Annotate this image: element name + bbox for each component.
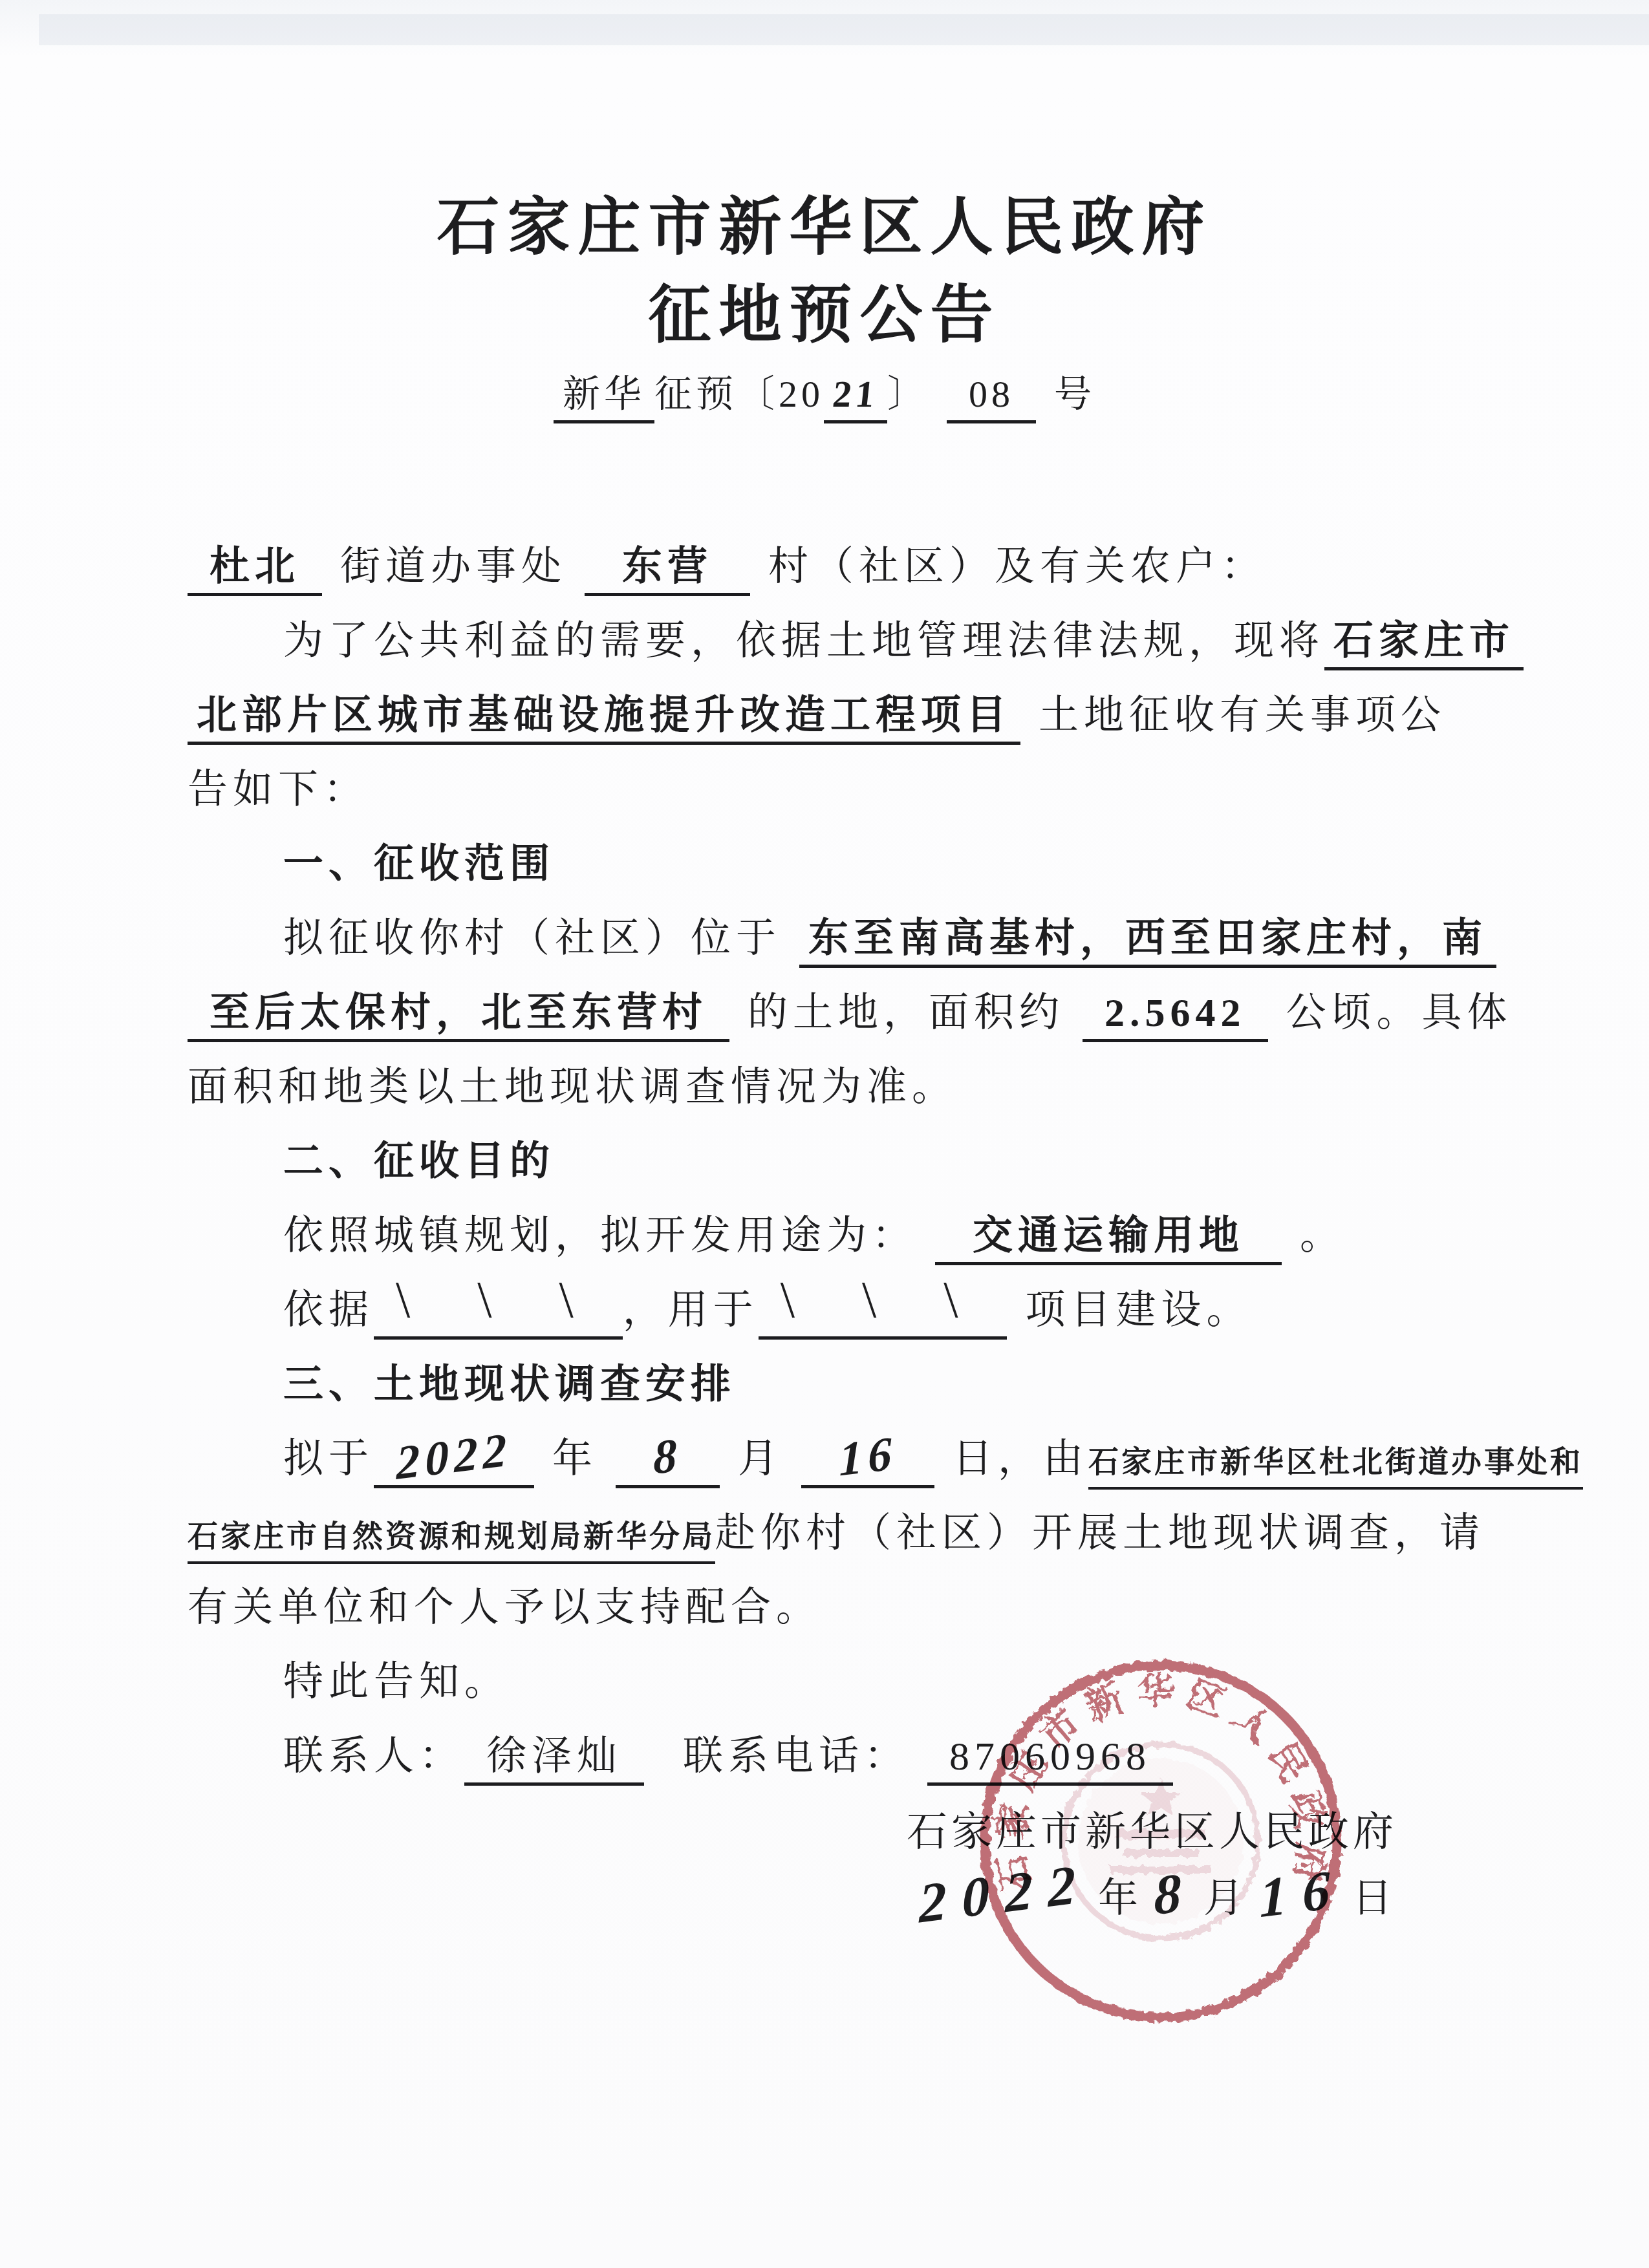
scanned-document-page: 石家庄市新华区人民政府 征地预公告 新华征预〔2021〕08号 杜北街道办事处东… [0,0,1649,2268]
survey-text-5: 赴你村（社区）开展土地现状调查，请 [715,1512,1485,1556]
land-use-blank: 交通运输用地 [935,1212,1282,1265]
document-number-line: 新华征预〔2021〕08号 [0,363,1649,423]
handwritten-month: 8 [653,1430,683,1483]
paragraph-purpose-line3: 告如下： [188,753,1533,828]
contact-phone-number-blank: 87060968 [927,1732,1173,1786]
doc-number-year-value: 21 [830,370,881,419]
land-use-line: 依照城镇规划，拟开发用途为：交通运输用地。 [188,1199,1533,1274]
scope-line3: 面积和地类以土地现状调查情况为准。 [188,1051,1533,1125]
document-body: 杜北街道办事处东营村（社区）及有关农户： 为了公共利益的需要，依据土地管理法律法… [188,530,1533,1794]
document-title-line2: 征地预公告 [0,264,1649,354]
basis-text-2: ，用于 [623,1289,759,1332]
scope-text-3: 公顷。具体 [1286,991,1513,1035]
heading-2-text: 二、征收目的 [283,1140,555,1184]
contact-person-name-blank: 徐泽灿 [464,1732,644,1786]
survey-day-blank: 16 [801,1432,934,1488]
doc-number-serial-value: 08 [947,370,1036,423]
purpose-text-3: 告如下： [188,768,369,812]
survey-text-2: 年 [552,1437,598,1481]
handwritten-issue-year: 2022 [918,1850,1092,1936]
salutation-text-1: 街道办事处 [340,545,566,589]
survey-text-4: 日，由 [953,1437,1088,1481]
issue-date-year-label: 年 [1098,1877,1154,1921]
survey-agency-line: 石家庄市自然资源和规划局新华分局赴你村（社区）开展土地现状调查，请 [188,1497,1533,1571]
agency-name-blank-part2: 石家庄市自然资源和规划局新华分局 [188,1512,715,1564]
doc-number-year-blank: 21 [824,370,887,423]
scope-line2: 至后太保村，北至东营村的土地，面积约2.5642公顷。具体 [188,976,1533,1051]
issue-date-day-label: 日 [1352,1877,1408,1921]
basis-text-1: 依据 [283,1289,374,1332]
basis-text-3: 项目建设。 [1025,1289,1251,1332]
doc-number-bracket-close: 〕 [887,373,929,415]
survey-month-blank: 8 [616,1432,720,1488]
section-heading-3: 三、土地现状调查安排 [188,1348,1533,1422]
basis-line: 依据\ \ \，用于\ \ \项目建设。 [188,1274,1533,1348]
handwritten-strikethrough-1: \ \ \ [396,1276,601,1325]
issue-date-month-label: 月 [1203,1877,1259,1921]
project-name-blank-part1: 石家庄市 [1324,617,1524,670]
contact-person-label: 联系人： [283,1735,464,1779]
handwritten-issue-day: 16 [1259,1856,1346,1931]
issue-date-line: 2022年8月16日 [918,1861,1408,1925]
paragraph-purpose-line2: 北部片区城市基础设施提升改造工程项目土地征收有关事项公 [188,679,1533,753]
boundary-blank-part1: 东至南高基村，西至田家庄村，南 [799,914,1496,968]
handwritten-year: 2022 [396,1425,512,1488]
closing-text: 特此告知。 [283,1660,510,1704]
scope-text-2: 的土地，面积约 [748,991,1064,1035]
agency-name-blank-part1: 石家庄市新华区杜北街道办事处和 [1088,1438,1583,1490]
contact-phone-label: 联系电话： [683,1735,909,1779]
paragraph-purpose-line1: 为了公共利益的需要，依据土地管理法律法规，现将石家庄市 [188,604,1533,679]
survey-text-3: 月 [738,1437,783,1481]
project-name-blank-part2: 北部片区城市基础设施提升改造工程项目 [188,691,1020,745]
boundary-blank-part2: 至后太保村，北至东营村 [188,989,729,1042]
survey-date-line: 拟于2022年8月16日，由石家庄市新华区杜北街道办事处和 [188,1422,1533,1497]
purpose-text-2: 土地征收有关事项公 [1039,694,1446,738]
issuing-authority-signature: 石家庄市新华区人民政府 [907,1799,1397,1857]
handwritten-issue-month: 8 [1153,1858,1197,1929]
heading-3-text: 三、土地现状调查安排 [283,1363,736,1407]
handwritten-day: 16 [839,1428,898,1484]
land-use-text-2: 。 [1300,1214,1345,1258]
doc-number-suffix: 号 [1054,373,1095,415]
basis-blank-1: \ \ \ [374,1282,623,1340]
salutation-text-2: 村（社区）及有关农户： [768,545,1266,589]
salutation-line: 杜北街道办事处东营村（社区）及有关农户： [188,530,1533,604]
survey-year-blank: 2022 [374,1432,534,1488]
document-title-line1: 石家庄市新华区人民政府 [0,176,1649,266]
cooperation-text: 有关单位和个人予以支持配合。 [188,1586,821,1630]
scope-line1: 拟征收你村（社区）位于东至南高基村，西至田家庄村，南 [188,902,1533,976]
village-name-blank: 东营 [585,542,750,596]
basis-blank-2: \ \ \ [759,1282,1008,1340]
land-use-text-1: 依照城镇规划，拟开发用途为： [283,1214,917,1258]
heading-1-text: 一、征收范围 [283,842,555,886]
doc-number-agency-underlined: 新华 [554,370,654,423]
notice-closing-line: 特此告知。 [188,1645,1533,1720]
area-value-blank: 2.5642 [1083,989,1268,1042]
contact-line: 联系人：徐泽灿联系电话：87060968 [188,1720,1533,1794]
street-office-name-blank: 杜北 [188,542,322,596]
scan-artifact-band [39,14,1649,45]
handwritten-strikethrough-2: \ \ \ [781,1276,986,1325]
scope-text-4: 面积和地类以土地现状调查情况为准。 [188,1065,957,1109]
purpose-text: 为了公共利益的需要，依据土地管理法律法规，现将 [283,619,1324,663]
doc-number-middle: 征预〔20 [654,373,824,415]
cooperation-line: 有关单位和个人予以支持配合。 [188,1571,1533,1645]
survey-text-1: 拟于 [283,1437,374,1481]
scope-text-1: 拟征收你村（社区）位于 [283,917,781,961]
section-heading-1: 一、征收范围 [188,828,1533,902]
section-heading-2: 二、征收目的 [188,1125,1533,1199]
